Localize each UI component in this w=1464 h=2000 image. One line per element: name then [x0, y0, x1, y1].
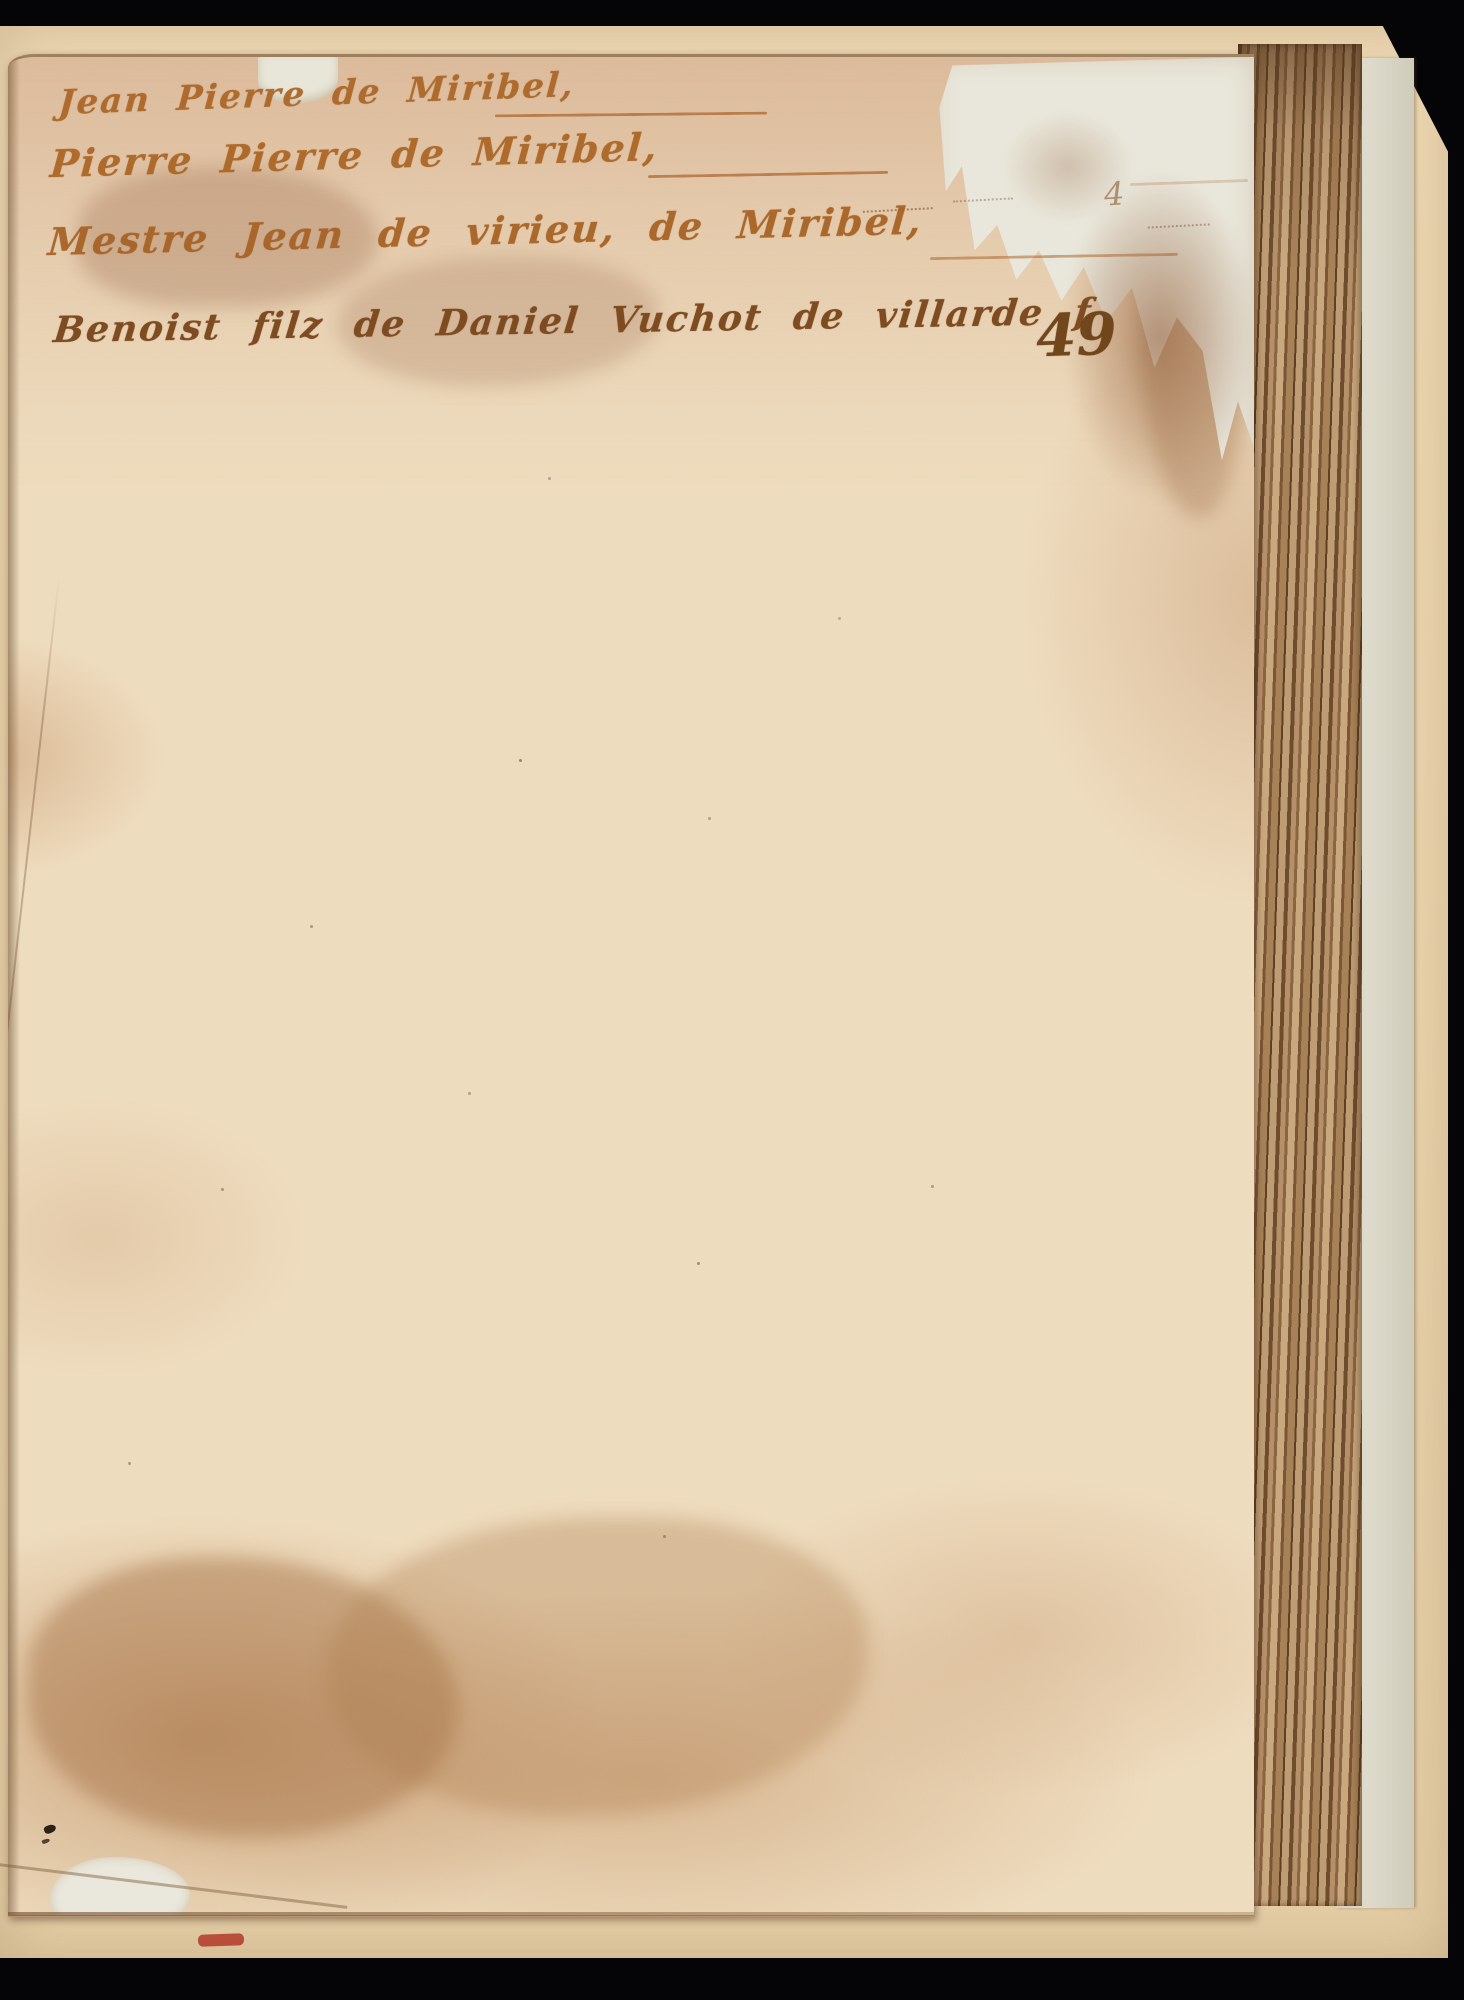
gutter-shadow [8, 57, 20, 1915]
page-stack-fore-edge [1238, 44, 1362, 1906]
manuscript-page: Jean Pierre de Miribel, Pierre Pierre de… [8, 54, 1254, 1917]
manuscript-line: Pierre Pierre de Miribel, [49, 124, 661, 186]
manuscript-photo: Jean Pierre de Miribel, Pierre Pierre de… [0, 0, 1464, 2000]
ink-blot [43, 1823, 57, 1835]
red-fiber-mark [198, 1933, 244, 1947]
stray-numeral-mark: 4 [1103, 174, 1126, 213]
ink-rule [495, 112, 767, 118]
ink-rule [648, 171, 888, 178]
folio-number: 49 [1035, 300, 1118, 371]
stain [328, 1517, 868, 1817]
page-bottom-seam [8, 1912, 1254, 1916]
foxing-specks [8, 57, 11, 60]
